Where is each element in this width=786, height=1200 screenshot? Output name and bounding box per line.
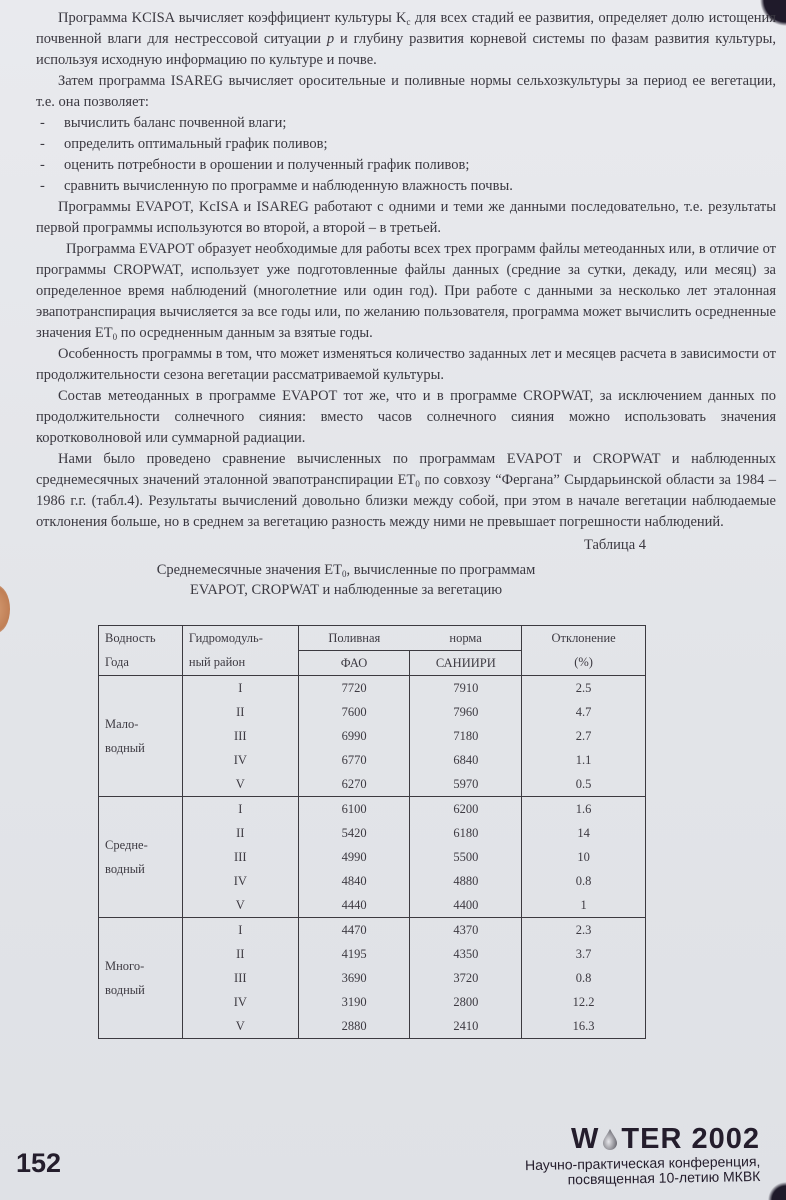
fao-cell: 4470	[298, 918, 410, 943]
fao-cell: 3190	[298, 990, 410, 1014]
saniiri-cell: 3720	[410, 966, 522, 990]
saniiri-cell: 6180	[410, 821, 522, 845]
zone-cell: II	[182, 942, 298, 966]
header-water-year: Водность	[99, 626, 183, 651]
deviation-cell: 2.3	[522, 918, 646, 943]
header-zone: Гидромодуль-	[182, 626, 298, 651]
deviation-cell: 1.1	[522, 748, 646, 772]
document-page: Программа KCISA вычисляет коэффициент ку…	[0, 0, 786, 1200]
body-text: Программа KCISA вычисляет коэффициент ку…	[36, 8, 776, 600]
brand-subtitle-2: посвященная 10-летию МКВК	[525, 1169, 761, 1188]
saniiri-cell: 4370	[410, 918, 522, 943]
fao-cell: 6100	[298, 797, 410, 822]
fao-cell: 4195	[298, 942, 410, 966]
irrigation-norm-table: Водность Гидромодуль- Поливная норма Отк…	[98, 625, 646, 1039]
page-corner-shadow-bottom	[766, 1160, 786, 1200]
header-deviation: Отклонение	[522, 626, 646, 651]
zone-cell: III	[182, 966, 298, 990]
zone-cell: I	[182, 797, 298, 822]
table-subheader-row: Года ный район ФАО САНИИРИ (%)	[99, 651, 646, 676]
deviation-cell: 4.7	[522, 700, 646, 724]
zone-cell: V	[182, 893, 298, 918]
saniiri-cell: 6840	[410, 748, 522, 772]
water-year-group: Мало-водный	[99, 676, 183, 797]
fao-cell: 6990	[298, 724, 410, 748]
table-label: Таблица 4	[36, 535, 776, 556]
deviation-cell: 2.5	[522, 676, 646, 701]
header-fao: ФАО	[298, 651, 410, 676]
header-zone-2: ный район	[182, 651, 298, 676]
deviation-cell: 1.6	[522, 797, 646, 822]
fao-cell: 7600	[298, 700, 410, 724]
saniiri-cell: 7910	[410, 676, 522, 701]
paragraph-kcisa: Программа KCISA вычисляет коэффициент ку…	[36, 8, 776, 71]
zone-cell: IV	[182, 748, 298, 772]
zone-cell: IV	[182, 869, 298, 893]
page-number: 152	[16, 1148, 61, 1179]
deviation-cell: 12.2	[522, 990, 646, 1014]
fao-cell: 4840	[298, 869, 410, 893]
deviation-cell: 0.8	[522, 966, 646, 990]
conference-brand: WTER 2002 Научно-практическая конференци…	[525, 1124, 760, 1184]
saniiri-cell: 2410	[410, 1014, 522, 1039]
fao-cell: 4440	[298, 893, 410, 918]
header-deviation-unit: (%)	[522, 651, 646, 676]
saniiri-cell: 4880	[410, 869, 522, 893]
zone-cell: II	[182, 821, 298, 845]
water-year-group: Средне-водный	[99, 797, 183, 918]
header-saniiri: САНИИРИ	[410, 651, 522, 676]
paragraph-evapot: Программа EVAPOT образует необходимые дл…	[36, 239, 776, 344]
table-row: Много-водныйI447043702.3	[99, 918, 646, 943]
fao-cell: 6770	[298, 748, 410, 772]
list-item: определить оптимальный график поливов;	[40, 134, 776, 155]
table-row: Средне-водныйI610062001.6	[99, 797, 646, 822]
saniiri-cell: 6200	[410, 797, 522, 822]
paragraph-comparison: Нами было проведено сравнение вычисленны…	[36, 449, 776, 533]
deviation-cell: 0.8	[522, 869, 646, 893]
fao-cell: 3690	[298, 966, 410, 990]
table-caption: Среднемесячные значения ET0, вычисленные…	[36, 560, 656, 600]
table-header-row: Водность Гидромодуль- Поливная норма Отк…	[99, 626, 646, 651]
zone-cell: III	[182, 724, 298, 748]
fao-cell: 6270	[298, 772, 410, 797]
paragraph-isareg: Затем программа ISAREG вычисляет оросите…	[36, 71, 776, 113]
saniiri-cell: 5970	[410, 772, 522, 797]
brand-title: WTER 2002	[525, 1124, 760, 1154]
deviation-cell: 3.7	[522, 942, 646, 966]
water-year-group: Много-водный	[99, 918, 183, 1039]
fao-cell: 5420	[298, 821, 410, 845]
header-water-year-2: Года	[99, 651, 183, 676]
deviation-cell: 16.3	[522, 1014, 646, 1039]
zone-cell: I	[182, 676, 298, 701]
header-norm-left: Поливная	[298, 626, 410, 651]
saniiri-cell: 4400	[410, 893, 522, 918]
paragraph-programs: Программы EVAPOT, KcISA и ISAREG работаю…	[36, 197, 776, 239]
saniiri-cell: 4350	[410, 942, 522, 966]
deviation-cell: 14	[522, 821, 646, 845]
deviation-cell: 1	[522, 893, 646, 918]
list-item: сравнить вычисленную по программе и набл…	[40, 176, 776, 197]
list-item: вычислить баланс почвенной влаги;	[40, 113, 776, 134]
fao-cell: 2880	[298, 1014, 410, 1039]
deviation-cell: 10	[522, 845, 646, 869]
header-norm-right: норма	[410, 626, 522, 651]
zone-cell: III	[182, 845, 298, 869]
water-drop-icon	[601, 1128, 619, 1150]
fao-cell: 7720	[298, 676, 410, 701]
list-item: оценить потребности в орошении и получен…	[40, 155, 776, 176]
deviation-cell: 0.5	[522, 772, 646, 797]
saniiri-cell: 5500	[410, 845, 522, 869]
table-row: Мало-водныйI772079102.5	[99, 676, 646, 701]
saniiri-cell: 2800	[410, 990, 522, 1014]
deviation-cell: 2.7	[522, 724, 646, 748]
paragraph-meteodata: Состав метеоданных в программе EVAPOT то…	[36, 386, 776, 449]
saniiri-cell: 7180	[410, 724, 522, 748]
zone-cell: V	[182, 772, 298, 797]
zone-cell: IV	[182, 990, 298, 1014]
capabilities-list: вычислить баланс почвенной влаги; опреде…	[36, 113, 776, 197]
thumb-on-page	[0, 585, 10, 633]
fao-cell: 4990	[298, 845, 410, 869]
zone-cell: I	[182, 918, 298, 943]
zone-cell: II	[182, 700, 298, 724]
zone-cell: V	[182, 1014, 298, 1039]
saniiri-cell: 7960	[410, 700, 522, 724]
paragraph-feature: Особенность программы в том, что может и…	[36, 344, 776, 386]
